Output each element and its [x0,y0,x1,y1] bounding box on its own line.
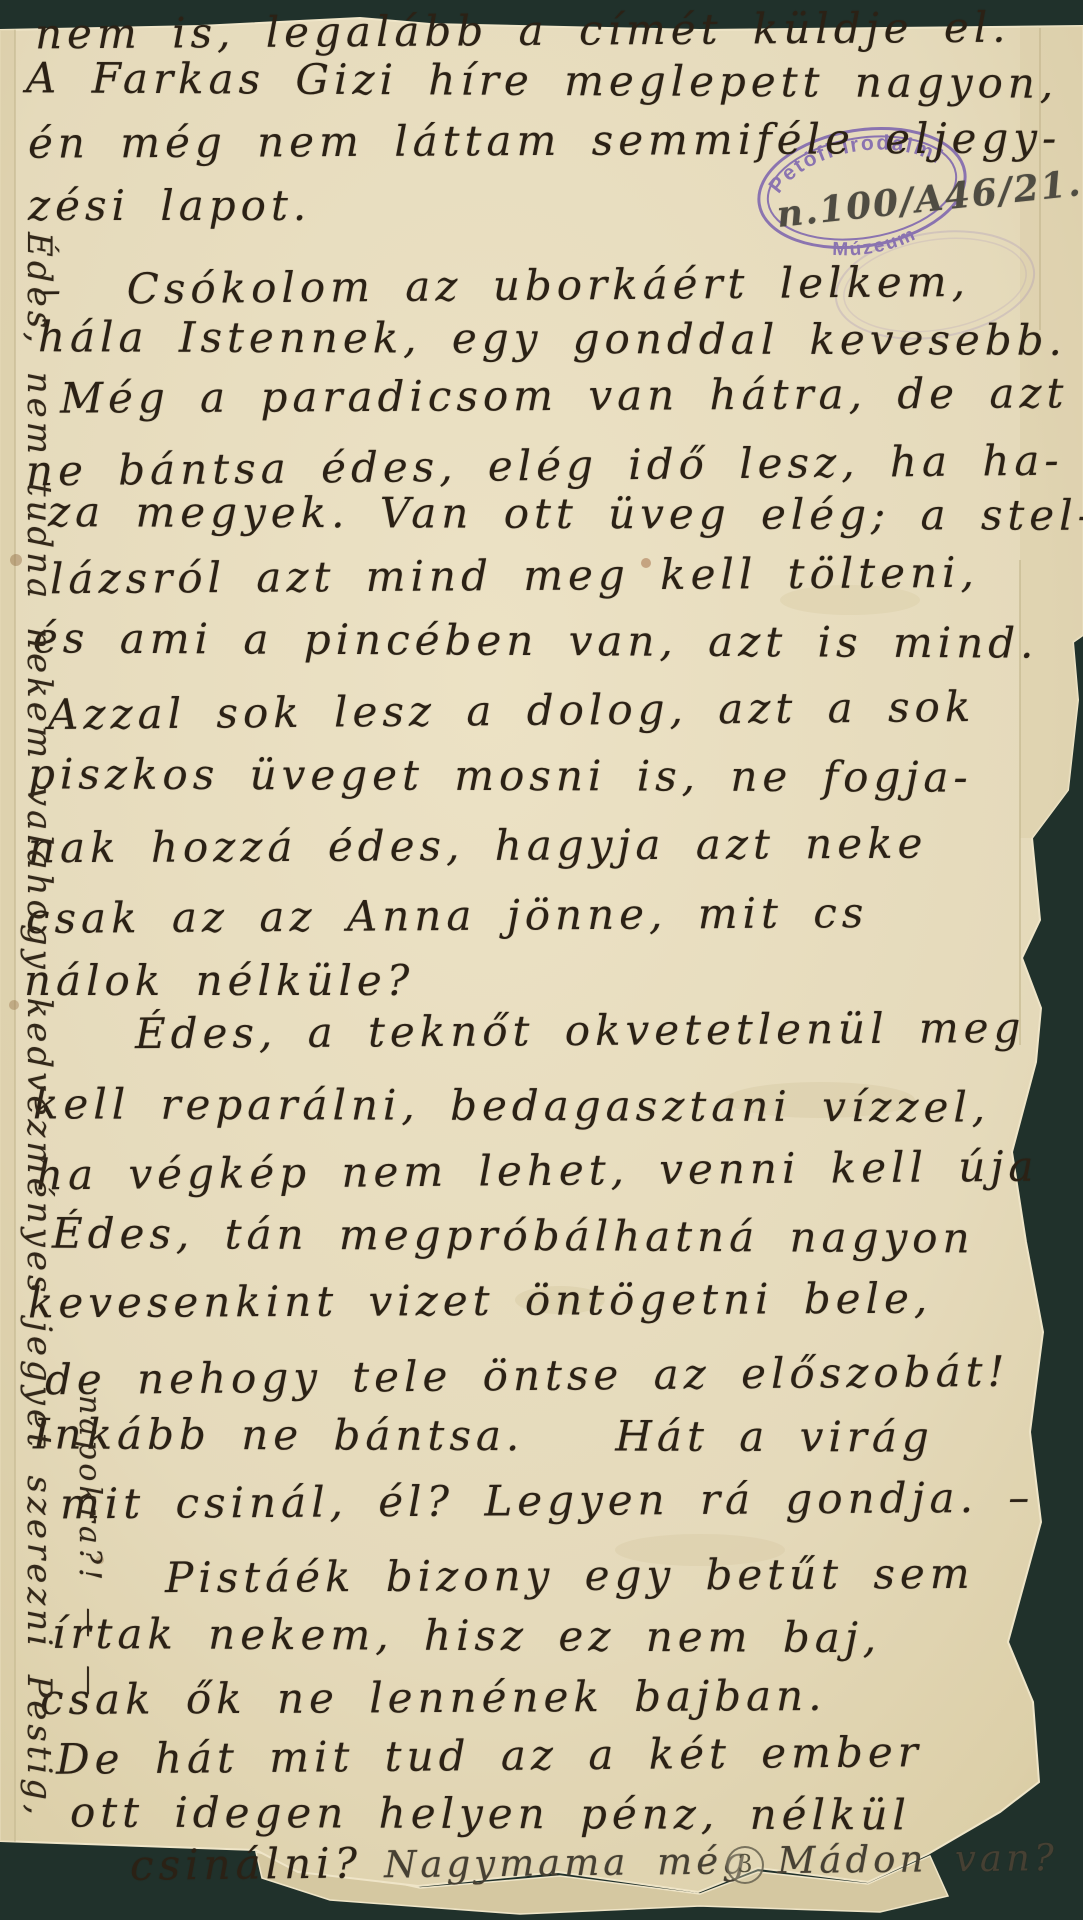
letter-line: Édes, a teknőt okvetetlenül meg [135,1007,1026,1055]
letter-line: nem is, legalább a címét küldje el. [35,7,1011,56]
letter-line: Még a paradicsom van hátra, de azt [60,372,1069,419]
letter-line: piszkos üveget mosni is, ne fogja- [28,753,973,798]
letter-line: kevesenkint vizet öntögetni bele, [28,1278,932,1325]
letter-line: – Csókolom az uborkáért lelkem, [40,261,970,311]
letter-line: írtak nekem, hisz ez nem baj, [52,1613,881,1659]
letter-line: nálok nélküle? [24,960,414,1002]
letter-line: csak ők ne lennének bajban. [40,1675,827,1721]
letter-line: ne bántsa édes, elég idő lesz, ha ha- [26,440,1064,493]
letter-line: Pistáék bizony egy betűt sem [165,1553,975,1599]
margin-note-line1: Édes, nem tudna nekem valahogy kedvezmén… [22,232,56,1819]
letter-scan: Petőfi Irodalmi Múzeum n.100/A46/21. nem… [0,0,1083,1920]
letter-line: ha végkép nem lehet, venni kell úja [36,1146,1039,1197]
letter-line: zési lapot. [28,185,311,227]
letter-line-last-start: csinálni? [130,1838,363,1889]
letter-line: lázsról azt mind meg kell tölteni, [50,552,979,600]
letter-line: A Farkas Gizi híre meglepett nagyon, [26,57,1058,104]
letter-postscript: Nagymama még Mádon van? [384,1836,1058,1886]
letter-line: ott idegen helyen pénz, nélkül [70,1792,911,1837]
letter-line: Inkább ne bántsa. Hát a virág [33,1413,934,1458]
letter-line: mit csinál, él? Legyen rá gondja. – [60,1477,1035,1526]
page-number-circle: 3 [726,1846,764,1884]
letter-line: hála Istennek, egy gonddal kevesebb. [38,316,1067,362]
letter-line: za megyek. Van ott üveg elég; a stel- [48,491,1083,537]
letter-line: kell reparálni, bedagasztani vízzel, [33,1083,990,1128]
margin-note-line2: napokra?! — — [74,1395,104,1699]
letter-line: Édes, tán megpróbálhatná nagyon [52,1213,975,1260]
letter-line: én még nem láttam semmiféle eljegy- [28,117,1061,164]
letter-line: csak az az Anna jönne, mit cs [26,892,869,940]
letter-line: és ami a pincében van, azt is mind. [33,617,1039,664]
letter-line: de nehogy tele öntse az előszobát! [45,1351,1010,1401]
letter-line: nak hozzá édes, hagyja azt neke [28,823,928,870]
letter-line-last: csinálni?Nagymama még Mádon van? [130,1835,1058,1887]
letter-line: Azzal sok lesz a dolog, azt a sok [48,686,976,736]
letter-line: De hát mit tud az a két ember [56,1731,923,1781]
